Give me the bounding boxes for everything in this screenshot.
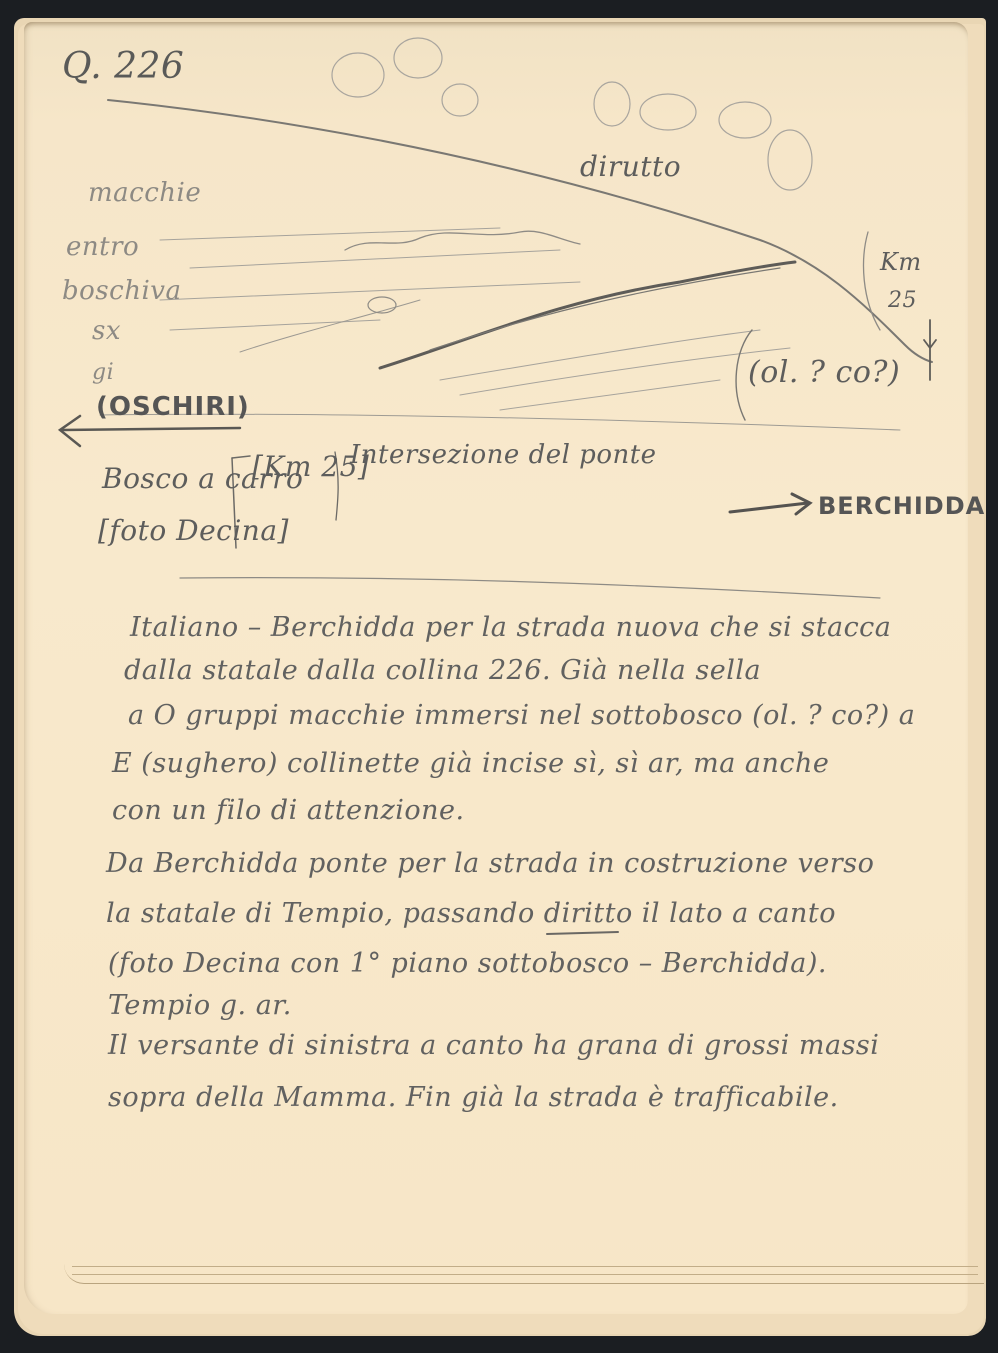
- place-label-oschiri: (OSCHIRI): [96, 392, 250, 422]
- sketch-label-margin-1: macchie: [88, 178, 201, 208]
- sketch-label-dirutto: dirutto: [580, 150, 681, 183]
- sketch-label-km: Km: [880, 248, 922, 276]
- note-line-8: (foto Decina con 1° piano sottobosco – B…: [108, 948, 827, 979]
- note-line-7: la statale di Tempio, passando diritto i…: [106, 898, 836, 929]
- note-line-9: Tempio g. ar.: [108, 990, 292, 1021]
- sketch-label-ol-co: (ol. ? co?): [748, 355, 900, 390]
- note-line-6: Da Berchidda ponte per la strada in cost…: [106, 848, 874, 879]
- sketch-label-margin-2: entro: [66, 232, 139, 262]
- note-line-11: sopra della Mamma. Fin già la strada è t…: [108, 1082, 839, 1113]
- sketch-label-km-value: 25: [888, 288, 917, 313]
- page-reference: Q. 226: [62, 46, 184, 87]
- sketch-label-margin-5: gi: [92, 360, 114, 385]
- sketch-label-margin-3: boschiva: [62, 276, 181, 306]
- sketch-label-margin-4: sx: [92, 316, 121, 346]
- place-label-berchidda: BERCHIDDA: [818, 492, 985, 520]
- note-line-2: dalla statale dalla collina 226. Già nel…: [124, 655, 761, 686]
- note-line-3: a O gruppi macchie immersi nel sottobosc…: [128, 700, 915, 731]
- caption-intersezione: Intersezione del ponte: [350, 440, 657, 470]
- caption-foto: [foto Decina]: [98, 514, 289, 547]
- note-line-1: Italiano – Berchidda per la strada nuova…: [130, 612, 891, 643]
- note-line-10: Il versante di sinistra a canto ha grana…: [108, 1030, 879, 1061]
- note-line-5: con un filo di attenzione.: [112, 795, 465, 826]
- note-line-4: E (sughero) collinette già incise sì, sì…: [112, 748, 829, 779]
